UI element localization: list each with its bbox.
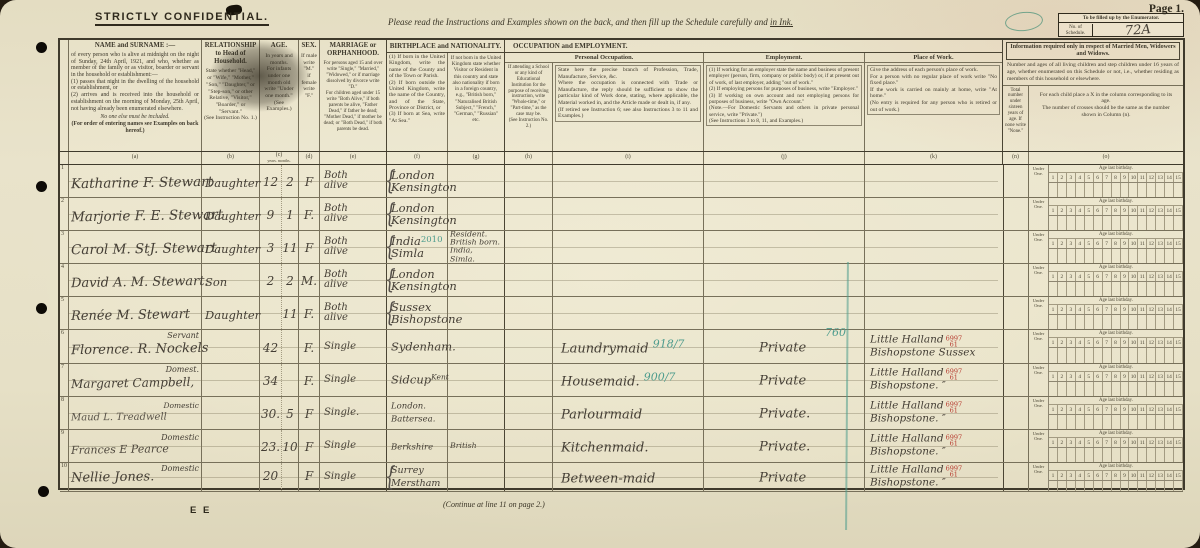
relationship-entry: Daughter [205, 308, 260, 322]
name-cell: Carol M. StJ. Stewart. [69, 231, 202, 263]
age-mark-cell [1138, 183, 1147, 197]
nationality-entry: Resident. British born. India, Simla. [450, 231, 500, 264]
school-cell [505, 463, 553, 491]
age-mark-cell [1121, 448, 1130, 462]
age-numbers-row: 123456789101112131415 [1049, 338, 1183, 348]
age-mark-cell [1165, 481, 1174, 491]
red-code-denominator: 61 [946, 408, 963, 414]
age-mark-cell [1121, 183, 1130, 197]
place-of-work-entry [870, 307, 876, 319]
school-cell [505, 231, 553, 263]
name-cell: Katharine F. Stewart [69, 165, 202, 197]
age-years-cell: 2 [260, 264, 282, 296]
row-number: 9 [60, 430, 68, 436]
row-number: 10 [60, 463, 68, 469]
birthplace-cell: SidcupKent [387, 364, 448, 396]
age-col-3: 3 [1067, 239, 1076, 248]
age-col-5: 5 [1085, 338, 1094, 347]
marriage-cell: Single [320, 463, 387, 491]
total-children-cell [1003, 430, 1029, 462]
age-mark-cell [1129, 448, 1138, 462]
occupation-cell: Between-maid [553, 463, 704, 491]
age-col-15: 15 [1174, 272, 1183, 281]
person-row: 1 Katharine F. Stewart Daughter 12 2 F B… [60, 165, 1183, 198]
age-mark-cell [1076, 448, 1085, 462]
nationality-cell: British [448, 430, 505, 462]
age-col-5: 5 [1085, 372, 1094, 381]
age-minigrid: Under One. Age last birthday. 1234567891… [1029, 364, 1183, 396]
age-mark-cell [1067, 481, 1076, 491]
age-mark-cell [1147, 481, 1156, 491]
birthplace-cell: Berkshire [387, 430, 448, 462]
age-col-8: 8 [1112, 438, 1121, 447]
age-months-cell: 11 [282, 231, 299, 263]
place-of-work-entry [870, 241, 876, 253]
employment-cell: Private. [704, 397, 865, 429]
age-mark-cell [1138, 282, 1147, 296]
name-cell: Nellie Jones. Domestic [69, 463, 202, 491]
age-months-entry: 2 [282, 175, 298, 189]
marriage-entry: Single [324, 375, 356, 385]
employment-cell [704, 198, 865, 230]
age-col-2: 2 [1058, 405, 1067, 414]
name-entry: Florence. R. Nockels [71, 341, 209, 358]
age-col-2: 2 [1058, 173, 1067, 182]
age-col-10: 10 [1129, 305, 1138, 314]
age-years-entry: 30. [260, 407, 281, 421]
occupation-entry: Between-maid [561, 468, 655, 487]
marriage-entry: Single [324, 472, 356, 482]
place-line2: Bishopstone. ″ [870, 413, 946, 425]
relationship-cell [202, 430, 260, 462]
age-col-4: 4 [1076, 372, 1085, 381]
age-mark-cell [1121, 216, 1130, 230]
place-of-work-cell: Little Halland699761Bishopstone Sussex [865, 330, 1003, 363]
age-col-9: 9 [1121, 272, 1130, 281]
marriage-cell: Single [320, 364, 387, 396]
marriage-cell: Both alive [320, 198, 387, 230]
sex-cell: M. [299, 264, 320, 296]
birthplace-cell: { LondonKensington [387, 264, 448, 296]
age-mark-cell [1156, 249, 1165, 263]
age-last-birthday-label: Age last birthday. [1049, 430, 1183, 438]
birthplace-line2: Kensington [391, 180, 457, 194]
age-col-12: 12 [1147, 405, 1156, 414]
age-years-cell [260, 297, 282, 329]
age-col-5: 5 [1085, 438, 1094, 447]
age-last-birthday-label: Age last birthday. [1049, 198, 1183, 206]
age-years-entry: 9 [260, 208, 281, 222]
marriage-entry: Both alive [324, 303, 348, 322]
under-one-label: Under One. [1029, 397, 1049, 429]
age-mark-cell [1138, 348, 1147, 363]
age-col-1: 1 [1049, 305, 1058, 314]
age-col-9: 9 [1121, 173, 1130, 182]
place-of-work-entry: Little Halland699761Bishopstone. ″ [870, 465, 962, 490]
name-entry: Carol M. StJ. Stewart. [71, 240, 221, 259]
age-months-entry: 1 [282, 208, 298, 222]
age-mark-cell [1138, 216, 1147, 230]
age-numbers-row: 123456789101112131415 [1049, 206, 1183, 216]
birthplace-line1: Sidcup [391, 373, 431, 387]
occupation-green-code: 918/7 [653, 337, 685, 350]
under-one-label: Under One. [1029, 463, 1049, 491]
age-col-10: 10 [1129, 173, 1138, 182]
age-col-13: 13 [1156, 239, 1165, 248]
age-col-14: 14 [1165, 173, 1174, 182]
total-children-cell [1003, 397, 1029, 429]
row-number: 8 [60, 397, 68, 403]
age-col-4: 4 [1076, 405, 1085, 414]
age-col-1: 1 [1049, 471, 1058, 480]
children-age-grid-cell: Under One. Age last birthday. 1234567891… [1029, 198, 1183, 230]
age-mark-cell [1129, 282, 1138, 296]
total-children-cell [1003, 198, 1029, 230]
sex-cell: F. [299, 330, 320, 363]
occupation-text: Kitchenmaid. [561, 441, 649, 456]
age-numbers-row: 123456789101112131415 [1049, 239, 1183, 249]
age-col-3: 3 [1067, 438, 1076, 447]
birthplace-line1: Berkshire [391, 443, 433, 453]
age-col-11: 11 [1138, 173, 1147, 182]
age-col-5: 5 [1085, 405, 1094, 414]
name-entry: Renée M. Stewart [71, 307, 190, 324]
enumerator-green-oval-mark [1004, 10, 1044, 33]
place-of-work-entry [870, 175, 876, 187]
employment-cell [704, 231, 865, 263]
age-col-7: 7 [1103, 305, 1112, 314]
children-age-grid-cell: Under One. Age last birthday. 1234567891… [1029, 463, 1183, 491]
age-mark-cell [1085, 216, 1094, 230]
age-minigrid: Under One. Age last birthday. 1234567891… [1029, 264, 1183, 296]
age-col-6: 6 [1094, 239, 1103, 248]
birthplace-entry: Sydenham. [391, 340, 456, 353]
continue-note: (Continue at line 11 on page 2.) [443, 500, 545, 509]
school-cell [505, 330, 553, 363]
red-code-denominator: 61 [946, 441, 963, 447]
age-col-12: 12 [1147, 338, 1156, 347]
age-col-14: 14 [1165, 372, 1174, 381]
age-col-7: 7 [1103, 372, 1112, 381]
age-last-birthday-label: Age last birthday. [1049, 463, 1183, 471]
name-cell: David A. M. Stewart. [69, 264, 202, 296]
row-number-cell: 5 [60, 297, 69, 329]
age-years-cell: 3 [260, 231, 282, 263]
age-col-12: 12 [1147, 438, 1156, 447]
children-age-grid-cell: Under One. Age last birthday. 1234567891… [1029, 231, 1183, 263]
age-mark-cell [1076, 481, 1085, 491]
fill-instruction: Please read the Instructions and Example… [388, 17, 888, 27]
age-marks-row [1049, 315, 1183, 329]
employment-cell: Private [704, 463, 865, 491]
age-mark-cell [1121, 315, 1130, 329]
name-entry: Nellie Jones. [71, 469, 155, 485]
age-col-13: 13 [1156, 305, 1165, 314]
age-marks-row [1049, 481, 1183, 491]
age-mark-cell [1085, 481, 1094, 491]
occupation-entry: Housemaid. 900/7 [561, 371, 675, 390]
age-col-12: 12 [1147, 372, 1156, 381]
age-col-15: 15 [1174, 239, 1183, 248]
marriage-cell: Single [320, 330, 387, 363]
employment-cell [704, 165, 865, 197]
age-col-2: 2 [1058, 239, 1067, 248]
age-minigrid: Under One. Age last birthday. 1234567891… [1029, 463, 1183, 491]
marriage-entry: Both alive [324, 237, 348, 256]
age-mark-cell [1138, 448, 1147, 462]
age-mark-cell [1112, 481, 1121, 491]
occupation-cell [553, 297, 704, 329]
row-number-cell: 4 [60, 264, 69, 296]
name-entry: David A. M. Stewart. [71, 274, 209, 291]
age-mark-cell [1174, 348, 1183, 363]
place-of-work-cell: Little Halland699761Bishopstone. ″ [865, 463, 1003, 491]
sex-entry: F [299, 440, 319, 454]
age-mark-cell [1138, 481, 1147, 491]
age-mark-cell [1049, 448, 1058, 462]
age-years-entry: 3 [260, 241, 281, 255]
age-col-14: 14 [1165, 239, 1174, 248]
age-mark-cell [1129, 348, 1138, 363]
age-mark-cell [1085, 282, 1094, 296]
age-mark-cell [1067, 315, 1076, 329]
age-years-cell: 23. [260, 430, 282, 462]
age-col-8: 8 [1112, 239, 1121, 248]
age-mark-cell [1049, 216, 1058, 230]
age-col-8: 8 [1112, 338, 1121, 347]
age-col-9: 9 [1121, 239, 1130, 248]
age-col-11: 11 [1138, 405, 1147, 414]
age-col-3: 3 [1067, 305, 1076, 314]
birthplace-cell: { SussexBishopstone [387, 297, 448, 329]
place-of-work-cell: Little Halland699761Bishopstone. ″ [865, 397, 1003, 429]
age-mark-cell [1165, 216, 1174, 230]
age-col-8: 8 [1112, 405, 1121, 414]
age-mark-cell [1049, 415, 1058, 429]
age-mark-cell [1147, 415, 1156, 429]
age-col-15: 15 [1174, 471, 1183, 480]
relationship-note-entry: Domest. [166, 365, 199, 374]
age-months-entry: 5 [282, 407, 298, 421]
age-mark-cell [1112, 348, 1121, 363]
age-mark-cell [1049, 315, 1058, 329]
age-col-8: 8 [1112, 305, 1121, 314]
age-mark-cell [1138, 315, 1147, 329]
occupation-cell: Parlourmaid [553, 397, 704, 429]
birthplace-line2: Bishopstone [391, 312, 462, 326]
age-last-birthday-label: Age last birthday. [1049, 364, 1183, 372]
age-col-9: 9 [1121, 372, 1130, 381]
name-cell: Maud L. Treadwell Domestic [69, 397, 202, 429]
age-mark-cell [1165, 448, 1174, 462]
age-col-10: 10 [1129, 372, 1138, 381]
age-mark-cell [1112, 282, 1121, 296]
age-numbers-row: 123456789101112131415 [1049, 471, 1183, 481]
relationship-cell: Son [202, 264, 260, 296]
age-marks-row [1049, 216, 1183, 230]
age-months-cell: 2 [282, 264, 299, 296]
row-number-cell: 1 [60, 165, 69, 197]
age-minigrid: Under One. Age last birthday. 1234567891… [1029, 397, 1183, 429]
fill-instruction-ink: in Ink. [770, 17, 793, 27]
age-col-12: 12 [1147, 206, 1156, 215]
age-col-2: 2 [1058, 338, 1067, 347]
relationship-note-entry: Domestic [161, 433, 199, 442]
age-mark-cell [1076, 315, 1085, 329]
row-number: 1 [60, 165, 68, 171]
age-col-11: 11 [1138, 471, 1147, 480]
age-mark-cell [1094, 448, 1103, 462]
school-cell [505, 297, 553, 329]
person-row: 3 Carol M. StJ. Stewart. Daughter 3 11 F… [60, 231, 1183, 264]
row-number-cell: 10 [60, 463, 69, 491]
place-line1: Little Halland [870, 464, 944, 476]
age-mark-cell [1121, 348, 1130, 363]
total-children-cell [1003, 330, 1029, 363]
school-cell [505, 430, 553, 462]
age-col-5: 5 [1085, 272, 1094, 281]
age-col-10: 10 [1129, 438, 1138, 447]
occupation-text: Laundrymaid [561, 341, 649, 356]
age-mark-cell [1129, 249, 1138, 263]
place-red-code: 699761 [946, 402, 963, 414]
sex-entry: F. [299, 208, 319, 222]
age-col-3: 3 [1067, 206, 1076, 215]
relationship-cell [202, 397, 260, 429]
age-years-cell: 12 [260, 165, 282, 197]
age-years-entry: 42 [260, 341, 281, 355]
marriage-entry: Both alive [324, 270, 348, 289]
age-mark-cell [1138, 249, 1147, 263]
age-mark-cell [1094, 481, 1103, 491]
age-marks-row [1049, 249, 1183, 263]
age-mark-cell [1112, 415, 1121, 429]
age-mark-cell [1129, 183, 1138, 197]
occupation-cell: Housemaid. 900/7 [553, 364, 704, 396]
age-col-1: 1 [1049, 239, 1058, 248]
occupation-cell: Laundrymaid 918/7 [553, 330, 704, 363]
age-mark-cell [1165, 183, 1174, 197]
place-line2: Bishopstone. ″ [870, 477, 946, 489]
birthplace-entry: London. Battersea. [391, 402, 435, 423]
age-mark-cell [1103, 216, 1112, 230]
total-children-cell [1003, 264, 1029, 296]
age-mark-cell [1112, 315, 1121, 329]
age-mark-cell [1147, 382, 1156, 396]
children-age-grid-cell: Under One. Age last birthday. 1234567891… [1029, 330, 1183, 363]
row-number-cell: 6 [60, 330, 69, 363]
age-years-entry: 20 [260, 469, 281, 483]
age-col-15: 15 [1174, 438, 1183, 447]
sex-entry: F. [299, 307, 319, 321]
age-col-7: 7 [1103, 471, 1112, 480]
age-col-2: 2 [1058, 305, 1067, 314]
age-col-11: 11 [1138, 272, 1147, 281]
age-months-entry: 11 [282, 241, 298, 255]
age-mark-cell [1156, 282, 1165, 296]
marriage-entry: Single. [324, 408, 359, 418]
person-row: 4 David A. M. Stewart. Son 2 2 M. Both a… [60, 264, 1183, 297]
age-mark-cell [1156, 348, 1165, 363]
occupation-entry: Laundrymaid 918/7 [561, 337, 684, 356]
age-mark-cell [1094, 348, 1103, 363]
under-one-label: Under One. [1029, 198, 1049, 230]
age-col-6: 6 [1094, 272, 1103, 281]
age-mark-cell [1174, 183, 1183, 197]
age-col-10: 10 [1129, 471, 1138, 480]
marriage-entry: Single [324, 441, 356, 451]
age-col-6: 6 [1094, 471, 1103, 480]
age-months-cell [282, 364, 299, 396]
age-numbers-row: 123456789101112131415 [1049, 372, 1183, 382]
age-col-8: 8 [1112, 372, 1121, 381]
age-col-14: 14 [1165, 272, 1174, 281]
occupation-cell [553, 198, 704, 230]
age-months-cell: 10 [282, 430, 299, 462]
age-mark-cell [1165, 415, 1174, 429]
employment-entry: Private. [759, 406, 810, 421]
place-of-work-cell [865, 198, 1003, 230]
row-number: 5 [60, 297, 68, 303]
age-mark-cell [1076, 348, 1085, 363]
employment-cell [704, 264, 865, 296]
age-col-1: 1 [1049, 206, 1058, 215]
birthplace-cell: { India2010Simla [387, 231, 448, 263]
place-of-work-entry [870, 208, 876, 220]
age-years-entry: 34 [260, 374, 281, 388]
age-last-birthday-label: Age last birthday. [1049, 165, 1183, 173]
occupation-cell [553, 264, 704, 296]
place-of-work-cell: Little Halland699761Bishopstone. ″ [865, 430, 1003, 462]
place-of-work-cell [865, 297, 1003, 329]
age-mark-cell [1103, 382, 1112, 396]
name-entry: Marjorie F. E. Stewart [71, 207, 223, 226]
age-col-4: 4 [1076, 438, 1085, 447]
age-mark-cell [1094, 315, 1103, 329]
birthplace-line1: Sydenham. [391, 339, 456, 353]
place-line2: Bishopstone Sussex [870, 346, 975, 358]
age-col-14: 14 [1165, 338, 1174, 347]
age-col-9: 9 [1121, 471, 1130, 480]
age-col-4: 4 [1076, 471, 1085, 480]
place-red-code: 699761 [946, 435, 963, 447]
age-mark-cell [1067, 382, 1076, 396]
red-code-denominator: 61 [946, 472, 963, 478]
age-col-6: 6 [1094, 338, 1103, 347]
age-col-9: 9 [1121, 206, 1130, 215]
age-col-13: 13 [1156, 372, 1165, 381]
nationality-cell: Resident. British born. India, Simla. [448, 231, 505, 263]
age-mark-cell [1165, 348, 1174, 363]
age-col-4: 4 [1076, 305, 1085, 314]
occupation-entry: Kitchenmaid. [561, 437, 649, 456]
age-col-4: 4 [1076, 173, 1085, 182]
age-col-7: 7 [1103, 405, 1112, 414]
age-mark-cell [1085, 183, 1094, 197]
age-col-4: 4 [1076, 239, 1085, 248]
age-years-cell: 34 [260, 364, 282, 396]
person-row: 8 Maud L. Treadwell Domestic 30. 5 F Sin… [60, 397, 1183, 430]
place-of-work-cell [865, 264, 1003, 296]
age-col-2: 2 [1058, 272, 1067, 281]
age-numbers-row: 123456789101112131415 [1049, 173, 1183, 183]
age-mark-cell [1156, 216, 1165, 230]
name-cell: Frances E Pearce Domestic [69, 430, 202, 462]
census-schedule-page: STRICTLY CONFIDENTIAL. Please read the I… [0, 0, 1200, 548]
row-number-cell: 8 [60, 397, 69, 429]
age-mark-cell [1049, 183, 1058, 197]
age-mark-cell [1058, 216, 1067, 230]
